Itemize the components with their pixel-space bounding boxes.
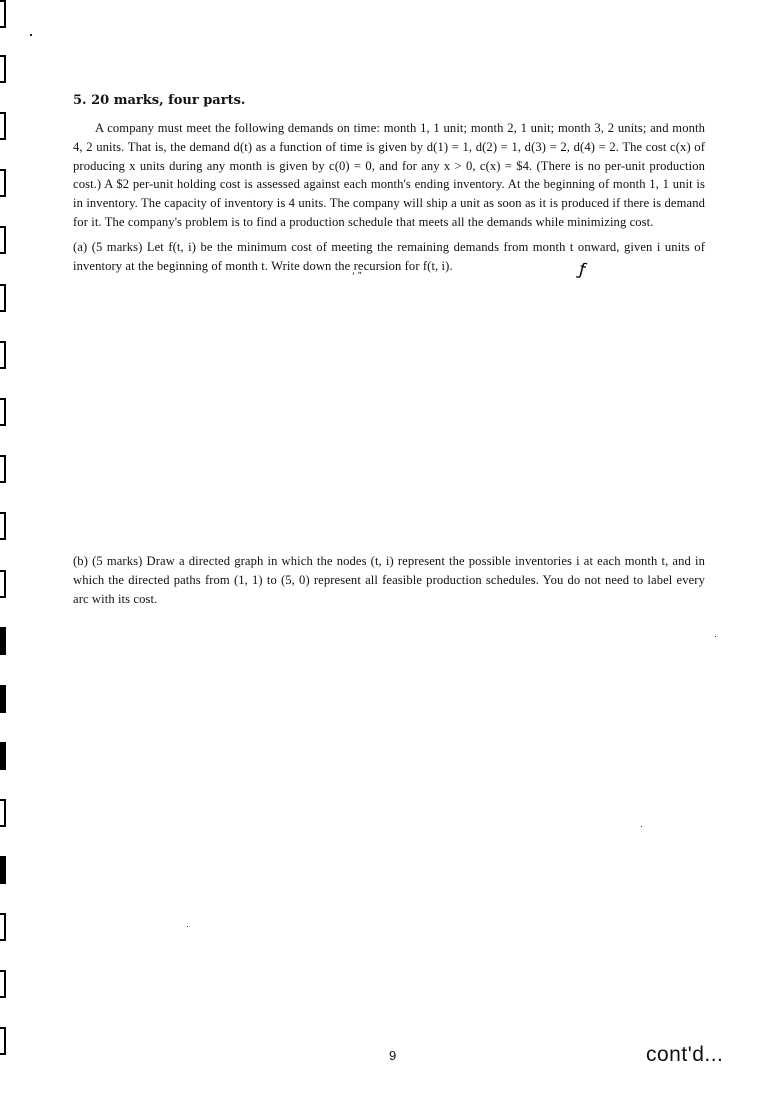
margin-mark <box>0 0 6 28</box>
margin-mark <box>0 913 6 941</box>
continued-label: cont'd... <box>646 1043 723 1067</box>
part-a-text: Let f(t, i) be the minimum cost of meeti… <box>73 240 705 273</box>
question-heading: 5. 20 marks, four parts. <box>73 92 705 109</box>
scan-speck <box>30 34 32 36</box>
scan-speck <box>187 926 188 927</box>
margin-mark <box>0 169 6 197</box>
part-a-label: (a) (5 marks) <box>73 240 142 254</box>
scan-speck <box>715 636 716 637</box>
part-a: (a) (5 marks) Let f(t, i) be the minimum… <box>73 238 705 276</box>
margin-mark <box>0 226 6 254</box>
part-b-label: (b) (5 marks) <box>73 554 142 568</box>
margin-mark <box>0 627 6 655</box>
question-intro: A company must meet the following demand… <box>73 119 705 232</box>
margin-mark <box>0 55 6 83</box>
margin-mark <box>0 685 6 713</box>
part-b-block: (b) (5 marks) Draw a directed graph in w… <box>73 552 705 608</box>
question-block: 5. 20 marks, four parts. A company must … <box>73 92 705 275</box>
part-b: (b) (5 marks) Draw a directed graph in w… <box>73 552 705 608</box>
margin-mark <box>0 455 6 483</box>
margin-mark <box>0 512 6 540</box>
margin-mark <box>0 341 6 369</box>
page-number: 9 <box>389 1048 396 1063</box>
margin-mark <box>0 112 6 140</box>
margin-mark <box>0 1027 6 1055</box>
margin-mark <box>0 799 6 827</box>
scan-speck <box>641 826 642 827</box>
margin-mark <box>0 398 6 426</box>
margin-mark <box>0 570 6 598</box>
margin-mark <box>0 742 6 770</box>
margin-mark <box>0 856 6 884</box>
part-b-text: Draw a directed graph in which the nodes… <box>73 554 705 606</box>
margin-mark <box>0 970 6 998</box>
margin-mark <box>0 284 6 312</box>
